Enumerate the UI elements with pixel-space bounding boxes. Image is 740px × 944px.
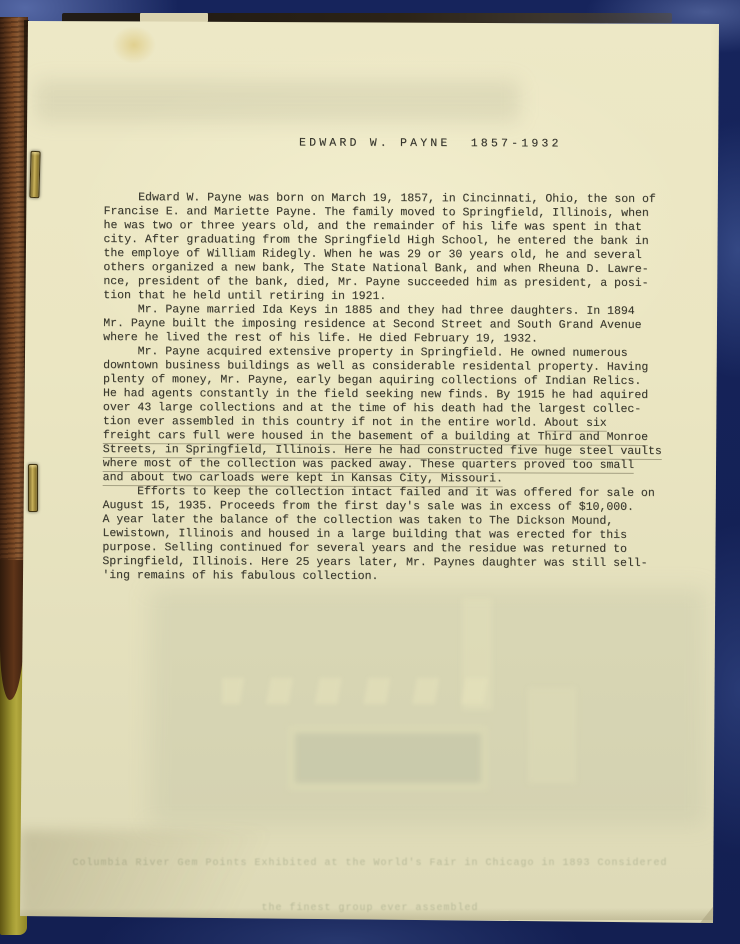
ghost-showthrough-frame [288, 726, 488, 790]
page-bottom-edge [20, 908, 720, 920]
text-line: 'ing remains of his fabulous collection. [102, 569, 664, 585]
ghost-showthrough-slats [222, 678, 497, 704]
staple-bottom [28, 464, 38, 512]
document-page: Columbia River Gem Points Exhibited at t… [0, 0, 740, 944]
ghost-showthrough-blocks [528, 688, 576, 783]
ghost-showthrough-photo [150, 588, 706, 826]
page-shadow [20, 830, 440, 920]
page-title: EDWARD W. PAYNE 1857-1932 [299, 137, 562, 151]
document-text: Edward W. Payne was born on March 19, 18… [102, 191, 665, 585]
ghost-showthrough-strip [462, 598, 492, 710]
staple-top [29, 151, 40, 198]
paper-stain [112, 26, 156, 64]
under-pages-tab [140, 13, 208, 22]
photo-background: Columbia River Gem Points Exhibited at t… [0, 0, 740, 944]
ghost-showthrough-top [35, 80, 520, 122]
